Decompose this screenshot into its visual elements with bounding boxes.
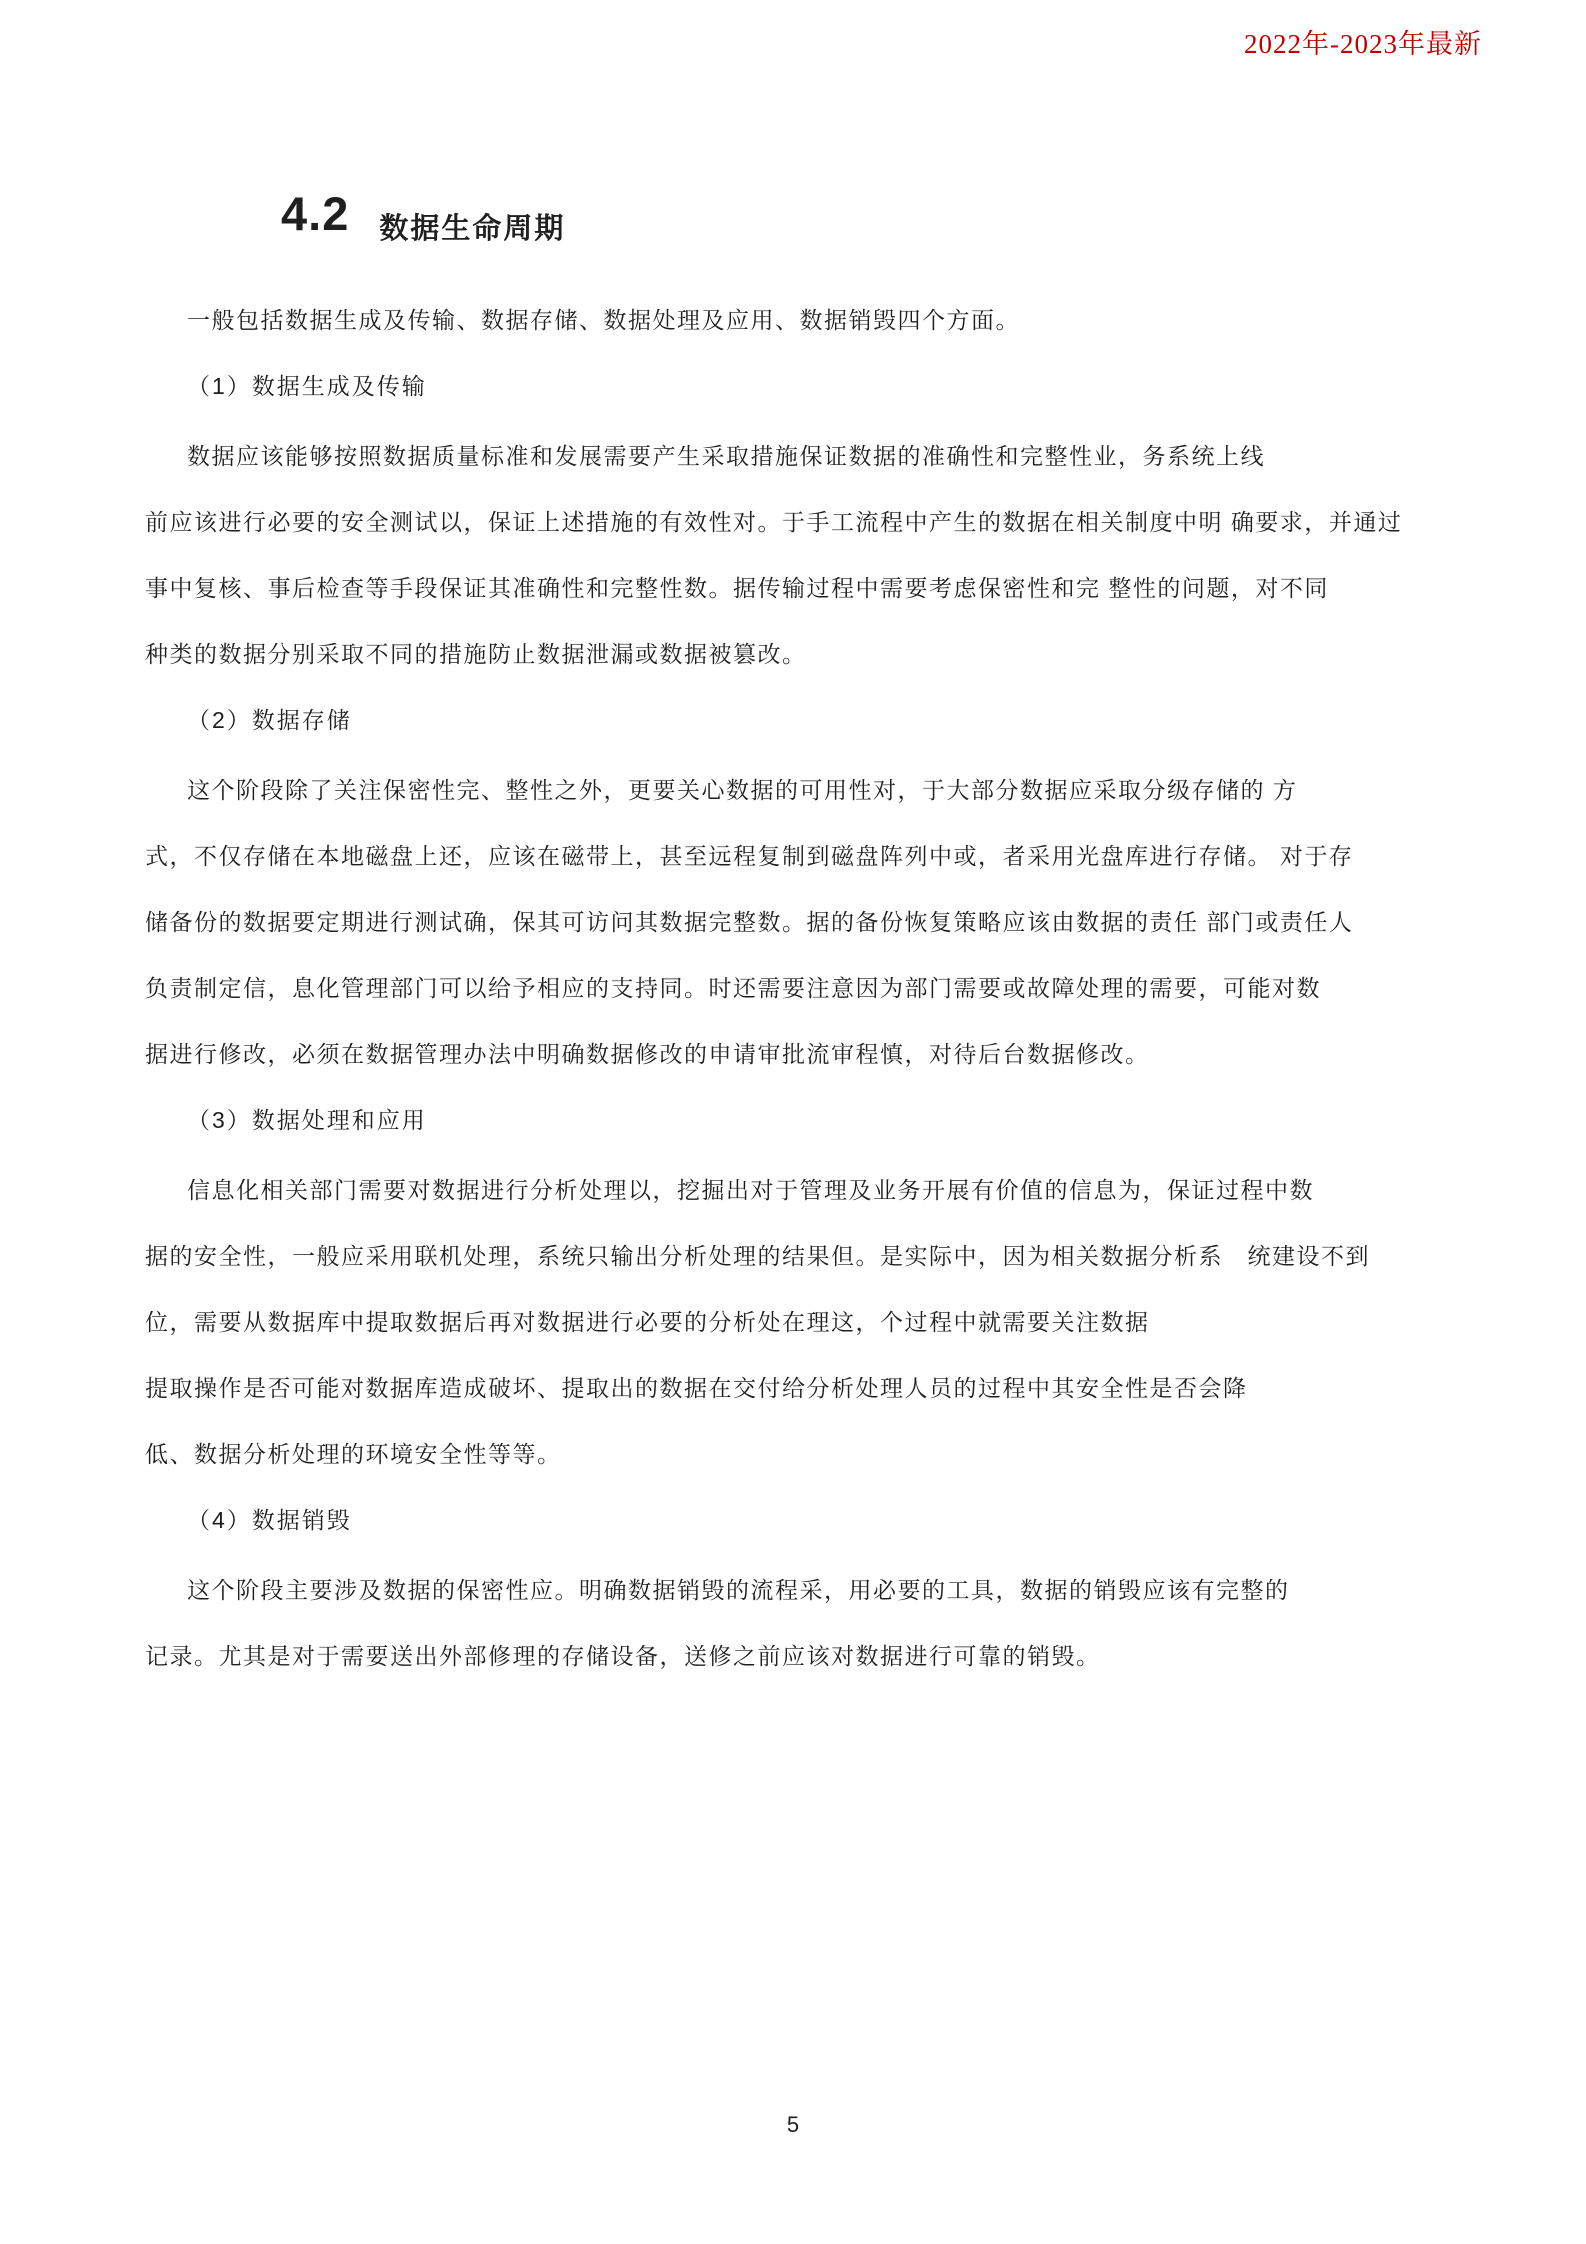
paragraph-line: 前应该进行必要的安全测试以，保证上述措施的有效性对。于手工流程中产生的数据在相关… xyxy=(145,507,1453,537)
page-header-note: 2022年-2023年最新 xyxy=(1244,22,1482,61)
paragraph-line: 提取操作是否可能对数据库造成破坏、提取出的数据在交付给分析处理人员的过程中其安全… xyxy=(145,1373,1453,1403)
subheading-1: （1）数据生成及传输 xyxy=(145,371,1453,401)
paragraph-line: 一般包括数据生成及传输、数据存储、数据处理及应用、数据销毁四个方面。 xyxy=(145,305,1453,335)
subheading-4: （4）数据销毁 xyxy=(145,1505,1453,1535)
paragraph-line: 记录。尤其是对于需要送出外部修理的存储设备，送修之前应该对数据进行可靠的销毁。 xyxy=(145,1641,1453,1671)
paragraph-line: 这个阶段主要涉及数据的保密性应。明确数据销毁的流程采，用必要的工具，数据的销毁应… xyxy=(145,1575,1453,1605)
paragraph-line: 储备份的数据要定期进行测试确，保其可访问其数据完整数。据的备份恢复策略应该由数据… xyxy=(145,907,1453,937)
paragraph-line: 位，需要从数据库中提取数据后再对数据进行必要的分析处在理这，个过程中就需要关注数… xyxy=(145,1307,1453,1337)
paragraph-line: 信息化相关部门需要对数据进行分析处理以，挖掘出对于管理及业务开展有价值的信息为，… xyxy=(145,1175,1453,1205)
paragraph-line: 数据应该能够按照数据质量标准和发展需要产生采取措施保证数据的准确性和完整性业，务… xyxy=(145,441,1453,471)
paragraph-line: 这个阶段除了关注保密性完、整性之外，更要关心数据的可用性对，于大部分数据应采取分… xyxy=(145,775,1453,805)
subheading-2: （2）数据存储 xyxy=(145,705,1453,735)
paragraph-line: 事中复核、事后检查等手段保证其准确性和完整性数。据传输过程中需要考虑保密性和完 … xyxy=(145,573,1453,603)
paragraph-line: 负责制定信，息化管理部门可以给予相应的支持同。时还需要注意因为部门需要或故障处理… xyxy=(145,973,1453,1003)
document-page: 2022年-2023年最新 4.2 数据生命周期 一般包括数据生成及传输、数据存… xyxy=(0,0,1586,2244)
paragraph-line: 低、数据分析处理的环境安全性等等。 xyxy=(145,1439,1453,1469)
paragraph-line: 种类的数据分别采取不同的措施防止数据泄漏或数据被篡改。 xyxy=(145,639,1453,669)
section-number: 4.2 xyxy=(281,190,349,237)
section-title: 数据生命周期 xyxy=(379,206,565,247)
paragraph-line: 据的安全性，一般应采用联机处理，系统只输出分析处理的结果但。是实际中，因为相关数… xyxy=(145,1241,1453,1271)
document-body: 4.2 数据生命周期 一般包括数据生成及传输、数据存储、数据处理及应用、数据销毁… xyxy=(145,190,1453,1707)
section-heading: 4.2 数据生命周期 xyxy=(281,190,1453,247)
page-number: 5 xyxy=(0,2112,1586,2138)
subheading-3: （3）数据处理和应用 xyxy=(145,1105,1453,1135)
paragraph-line: 据进行修改，必须在数据管理办法中明确数据修改的申请审批流审程慎，对待后台数据修改… xyxy=(145,1039,1453,1069)
paragraph-line: 式，不仅存储在本地磁盘上还，应该在磁带上，甚至远程复制到磁盘阵列中或，者采用光盘… xyxy=(145,841,1453,871)
